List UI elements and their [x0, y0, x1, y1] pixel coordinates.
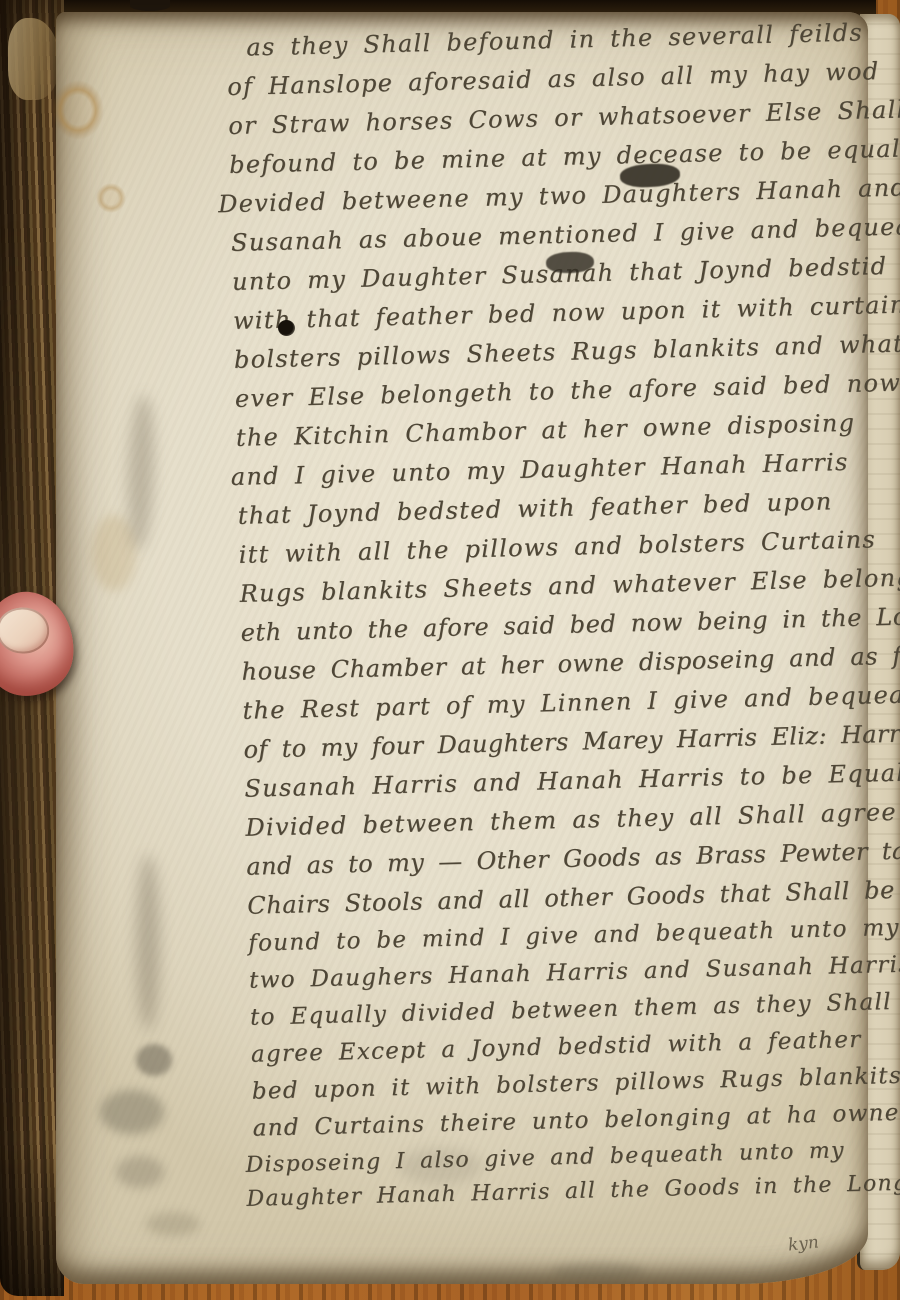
manuscript-photo: as they Shall befound in the severall fe…: [0, 0, 900, 1300]
catchword: kyn: [787, 1232, 820, 1255]
manuscript-text: as they Shall befound in the severall fe…: [226, 18, 900, 1221]
thumb-nail: [0, 607, 50, 655]
